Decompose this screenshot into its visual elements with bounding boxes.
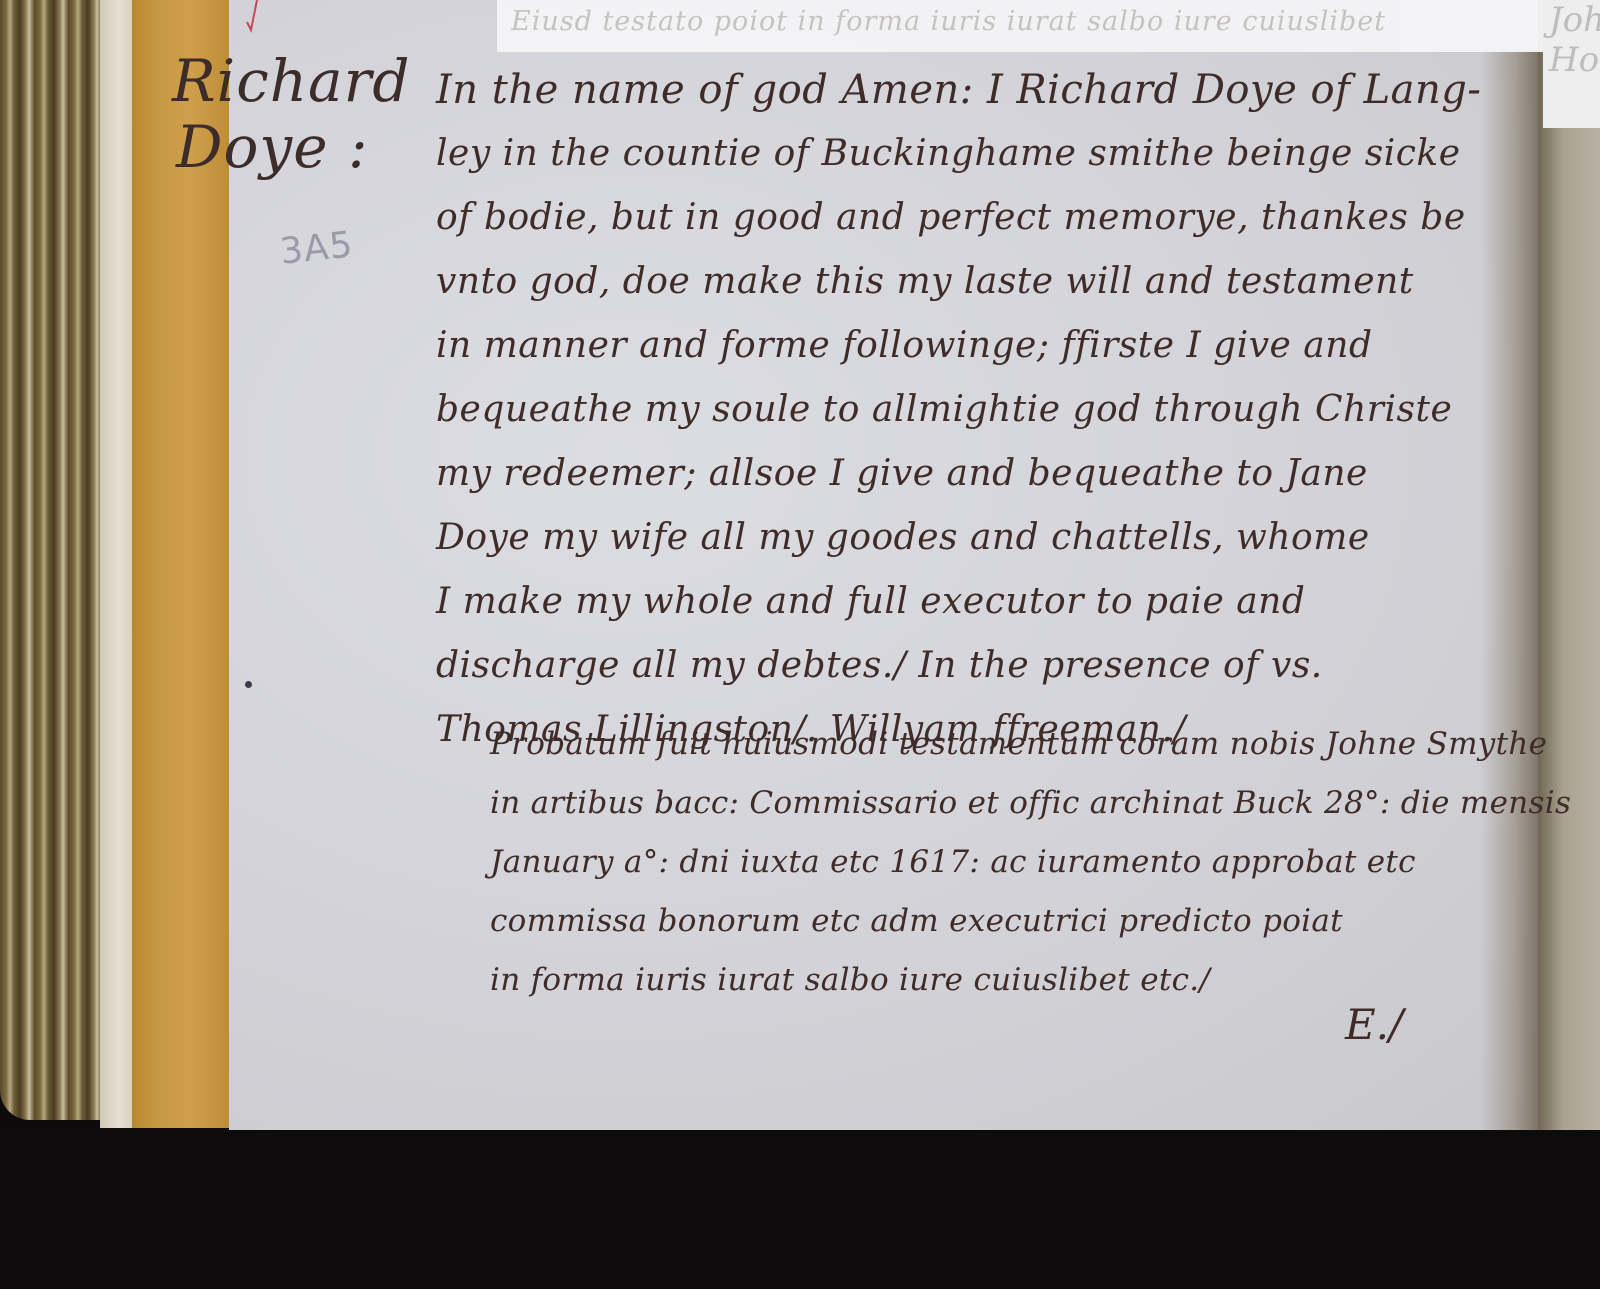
will-line: ley in the countie of Buckinghame smithe… bbox=[436, 122, 1496, 186]
will-line: of bodie, but in good and perfect memory… bbox=[436, 186, 1496, 250]
red-check-mark-icon bbox=[245, 0, 259, 40]
probate-clause: Probatum fuit huiusmodi testamentum cora… bbox=[490, 715, 1490, 1010]
overlay-right-text-1: Joh bbox=[1543, 0, 1600, 40]
dark-background bbox=[0, 1130, 1600, 1289]
will-line: vnto god, doe make this my laste will an… bbox=[436, 250, 1496, 314]
will-text: In the name of god Amen: I Richard Doye … bbox=[436, 58, 1496, 762]
closing-mark: E./ bbox=[1345, 1000, 1403, 1049]
margin-heading-first-name: Richard bbox=[172, 48, 411, 114]
probate-line: commissa bonorum etc adm executrici pred… bbox=[490, 892, 1490, 951]
overlay-right-strip: Joh Hold bbox=[1543, 0, 1600, 128]
will-line: my redeemer; allsoe I give and bequeathe… bbox=[436, 442, 1496, 506]
probate-line: in forma iuris iurat salbo iure cuiuslib… bbox=[490, 951, 1490, 1010]
probate-line: in artibus bacc: Commissario et offic ar… bbox=[490, 774, 1490, 833]
will-line: discharge all my debtes./ In the presenc… bbox=[436, 634, 1496, 698]
folio-number: 3A5 bbox=[278, 224, 355, 272]
overlay-top-strip: Eiusd testato poiot in forma iuris iurat… bbox=[497, 0, 1543, 52]
ink-stain-dot bbox=[245, 681, 252, 688]
will-line: in manner and forme followinge; ffirste … bbox=[436, 314, 1496, 378]
overlay-top-text: Eiusd testato poiot in forma iuris iurat… bbox=[511, 6, 1386, 37]
probate-line: Probatum fuit huiusmodi testamentum cora… bbox=[490, 715, 1490, 774]
will-line: bequeathe my soule to allmightie god thr… bbox=[436, 378, 1496, 442]
margin-heading-surname: Doye : bbox=[172, 114, 411, 180]
facing-page-edge bbox=[1538, 0, 1600, 1140]
overlay-right-text-2: Hold bbox=[1543, 40, 1600, 80]
will-line: Doye my wife all my goodes and chattells… bbox=[436, 506, 1496, 570]
probate-line: January a°: dni iuxta etc 1617: ac iuram… bbox=[490, 833, 1490, 892]
page-fore-edge bbox=[100, 0, 132, 1128]
will-line: In the name of god Amen: I Richard Doye … bbox=[436, 58, 1496, 122]
will-line: I make my whole and full executor to pai… bbox=[436, 570, 1496, 634]
margin-heading: Richard Doye : bbox=[172, 48, 411, 180]
